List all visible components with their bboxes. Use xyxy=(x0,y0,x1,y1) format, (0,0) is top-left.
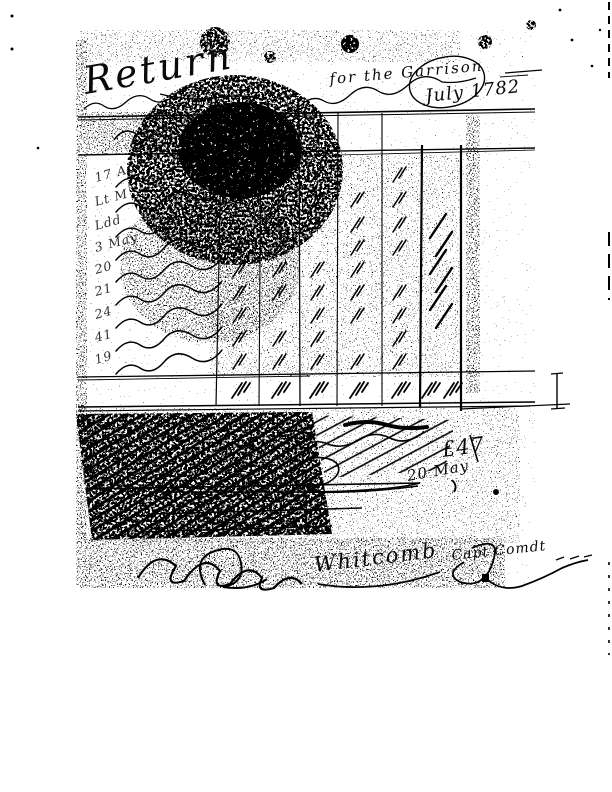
signature-tail-marks xyxy=(556,555,592,560)
scanned-document: Return for the Garrison July 1782 17 Ap … xyxy=(0,0,612,792)
scanned-page: Return for the Garrison July 1782 17 Ap … xyxy=(0,0,612,792)
ink-blot-square xyxy=(482,574,489,582)
